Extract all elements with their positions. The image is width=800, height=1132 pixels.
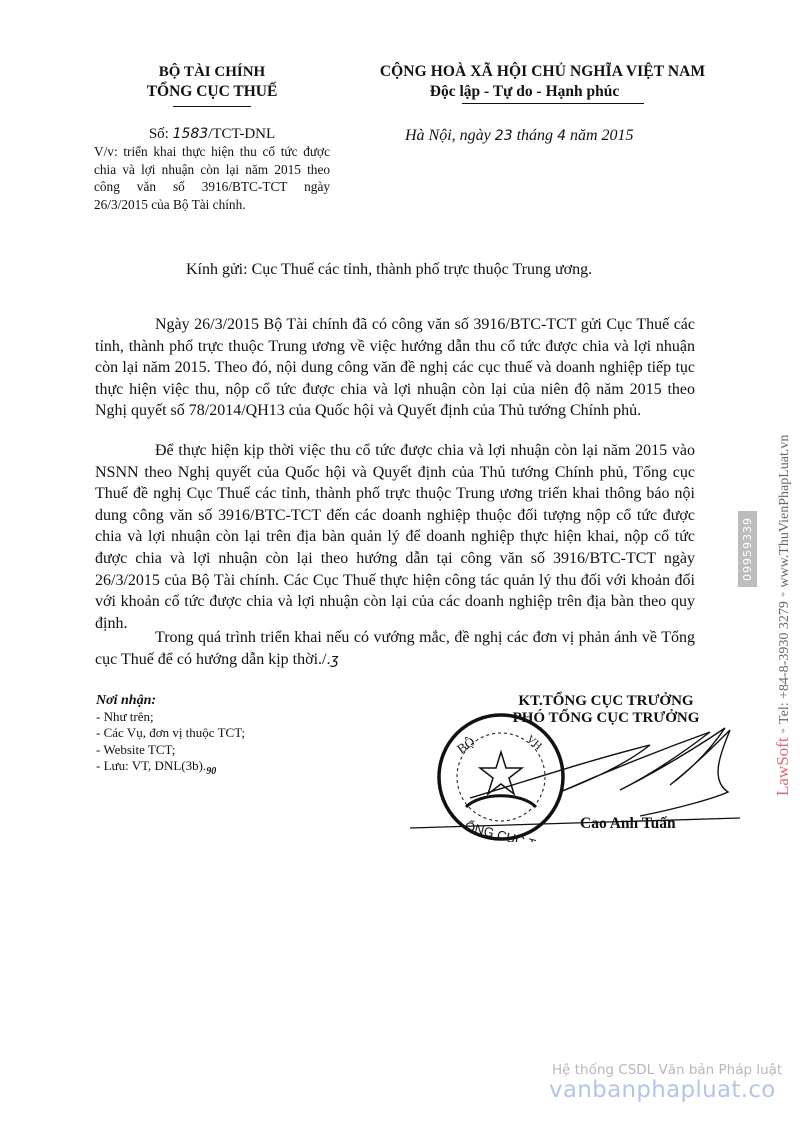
svg-text:BỘ: BỘ	[454, 734, 477, 757]
place-date-line: Hà Nội, ngày 23 tháng 4 năm 2015	[405, 127, 634, 145]
department-name: TỔNG CỤC THUẾ	[92, 82, 332, 102]
recipient-item: - Như trên;	[96, 709, 245, 725]
addressee-line: Kính gửi: Cục Thuế các tỉnh, thành phố t…	[186, 261, 592, 279]
recipient-item-text: - Lưu: VT, DNL(3b).	[96, 758, 206, 773]
handwritten-mark: ʒ	[330, 652, 338, 668]
separator: *	[779, 588, 791, 602]
date-year: năm 2015	[566, 127, 634, 144]
date-prefix: Hà Nội, ngày	[405, 127, 495, 144]
date-month: 4	[557, 128, 566, 144]
watermark-website[interactable]: www.ThuVienPhapLuat.vn	[777, 435, 792, 588]
body-paragraph-3: Trong quá trình triển khai nếu có vướng …	[95, 627, 695, 671]
document-subject: V/v: triển khai thực hiện thu cổ tức đượ…	[94, 143, 330, 213]
signer-name: Cao Anh Tuấn	[580, 815, 676, 833]
national-header-block: CỘNG HOÀ XÃ HỘI CHỦ NGHĨA VIỆT NAM Độc l…	[370, 62, 715, 102]
body-paragraph-1: Ngày 26/3/2015 Bộ Tài chính đã có công v…	[95, 314, 695, 422]
svg-text:ỔNG CỤC T: ỔNG CỤC T	[463, 818, 537, 842]
body-paragraph-2: Để thực hiện kịp thời việc thu cổ tức đư…	[95, 440, 695, 634]
header-divider	[173, 106, 251, 107]
doc-number-suffix: /TCT-DNL	[208, 126, 275, 142]
recipients-title: Nơi nhận:	[96, 693, 245, 709]
recipient-item: - Các Vụ, đơn vị thuộc TCT;	[96, 725, 245, 741]
lawsoft-brand: LawSoft	[773, 737, 792, 796]
phone-badge: 09959339	[738, 511, 757, 587]
recipient-item: - Lưu: VT, DNL(3b).90	[96, 758, 245, 780]
recipients-list: Nơi nhận: - Như trên; - Các Vụ, đơn vị t…	[96, 693, 245, 780]
date-month-label: tháng	[513, 127, 557, 144]
signature-title-line1: KT.TỔNG CỤC TRƯỞNG	[486, 693, 726, 710]
handwritten-count: 90	[206, 766, 216, 777]
date-day: 23	[495, 128, 513, 144]
issuing-agency-block: BỘ TÀI CHÍNH TỔNG CỤC THUẾ	[92, 62, 332, 107]
national-motto: Độc lập - Tự do - Hạnh phúc	[334, 82, 715, 102]
footer-watermark-site[interactable]: vanbanphapluat.co	[549, 1077, 776, 1103]
watermark-tel: Tel: +84-8-3930 3279	[777, 601, 792, 724]
separator: *	[779, 724, 791, 738]
svg-text:VH: VH	[524, 733, 544, 752]
closing-text: Trong quá trình triển khai nếu có vướng …	[95, 629, 695, 668]
document-number: Số: 1583/TCT-DNL	[92, 126, 332, 143]
footer-watermark-caption: Hệ thống CSDL Văn bản Pháp luật	[552, 1062, 782, 1078]
doc-number-handwritten: 1583	[173, 126, 209, 142]
recipient-item: - Website TCT;	[96, 742, 245, 758]
ministry-name: BỘ TÀI CHÍNH	[92, 62, 332, 82]
official-stamp: BỘ VH ỔNG CỤC T	[436, 712, 566, 842]
side-watermark: LawSoft*Tel: +84-8-3930 3279*www.ThuVien…	[773, 435, 793, 796]
doc-number-prefix: Số:	[149, 126, 173, 142]
nation-title: CỘNG HOÀ XÃ HỘI CHỦ NGHĨA VIỆT NAM	[370, 62, 715, 82]
motto-underline	[462, 103, 644, 104]
